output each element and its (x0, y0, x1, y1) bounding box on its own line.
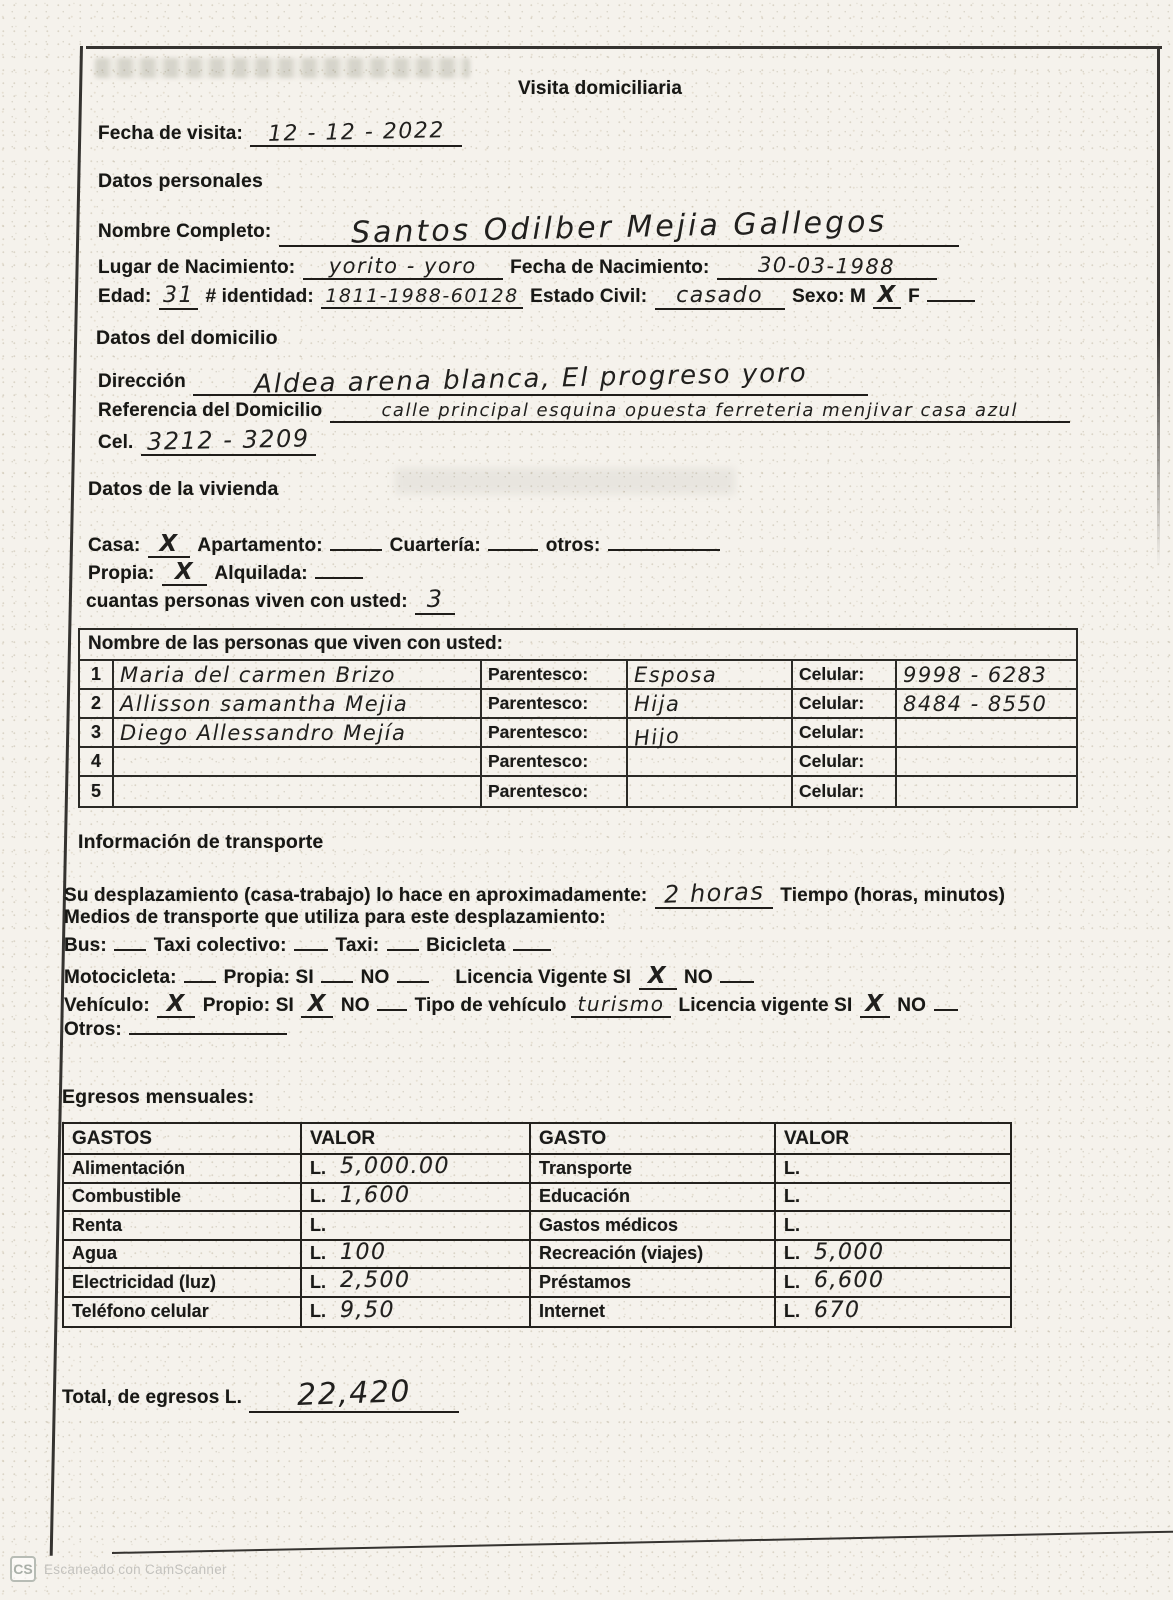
tipo-vehiculo-line: turismo (571, 992, 671, 1018)
parentesco-cell (628, 777, 793, 806)
nombre-completo-label: Nombre Completo: (98, 221, 271, 242)
medios-row: Medios de transporte que utiliza para es… (64, 907, 606, 929)
tipo-vehiculo-value: turismo (578, 992, 665, 1016)
conviviente-row-4: 4 Parentesco: Celular: (80, 748, 1076, 777)
valor-value: 100 (340, 1240, 387, 1265)
moto-si-line (321, 967, 353, 983)
egresos-row-electricidad: Electricidad (luz) L.2,500 Préstamos L.6… (64, 1269, 1010, 1298)
taxi-colectivo-line (294, 935, 328, 951)
conviviente-nombre: Allisson samantha Mejia (120, 692, 408, 716)
sexo-f-label: F (908, 286, 920, 307)
parentesco-cell (628, 748, 793, 775)
datos-personales-heading-row: Datos personales (98, 170, 263, 193)
gasto-label: Préstamos (531, 1269, 776, 1296)
valor-cell: L.5,000 (776, 1241, 1009, 1268)
parentesco-cell: Esposa (628, 661, 793, 688)
egresos-heading: Egresos mensuales: (62, 1086, 254, 1108)
gasto-label: Transporte (531, 1155, 776, 1182)
licencia-vigente-label: Licencia Vigente SI (455, 967, 631, 988)
otros-vivienda-line (608, 535, 720, 551)
parentesco-label: Parentesco: (482, 748, 628, 775)
total-egresos-value: 22,420 (297, 1374, 412, 1413)
parentesco-value: Hijo (633, 723, 681, 750)
otros-vivienda-label: otros: (546, 535, 601, 556)
sexo-label: Sexo: M (792, 286, 866, 307)
egresos-row-telefono: Teléfono celular L.9,50 Internet L.670 (64, 1298, 1010, 1327)
direccion-row: Dirección Aldea arena blanca, El progres… (98, 364, 871, 396)
lugar-nacimiento-value: yorito - yoro (329, 254, 477, 278)
camscanner-logo-icon: CS (10, 1556, 36, 1582)
ink-bleed-smudge (395, 468, 735, 494)
cuarteria-label: Cuartería: (390, 535, 481, 556)
bicicleta-label: Bicicleta (426, 935, 506, 956)
fecha-visita-row: Fecha de visita: 12 - 12 - 2022 (98, 120, 465, 147)
cel-label: Cel. (98, 432, 133, 453)
apartamento-label: Apartamento: (197, 535, 322, 556)
vehiculo-row: Vehículo: X Propio: SI X NO Tipo de vehí… (64, 991, 961, 1018)
convivientes-table: Nombre de las personas que viven con ust… (78, 628, 1078, 808)
total-egresos-label: Total, de egresos L. (62, 1387, 242, 1408)
referencia-row: Referencia del Domicilio calle principal… (98, 400, 1073, 423)
gasto-label: Combustible (64, 1184, 302, 1211)
gasto-label: Recreación (viajes) (531, 1241, 776, 1268)
valor-value: 670 (814, 1298, 861, 1323)
form-title: Visita domiciliaria (518, 78, 682, 100)
personas-line: 3 (415, 585, 455, 615)
bus-label: Bus: (64, 935, 107, 956)
conviviente-row-1: 1 Maria del carmen Brizo Parentesco: Esp… (80, 661, 1076, 690)
valor-cell: L.1,600 (302, 1184, 531, 1211)
vehiculo-no-line (377, 995, 407, 1011)
conviviente-nombre: Maria del carmen Brizo (120, 663, 396, 687)
domicilio-heading: Datos del domicilio (96, 327, 278, 349)
alquilada-label: Alquilada: (214, 563, 307, 584)
parentesco-cell: Hijo (628, 719, 793, 746)
referencia-label: Referencia del Domicilio (98, 400, 322, 421)
valor-cell: L.670 (776, 1298, 1009, 1327)
propia-line: X (162, 559, 207, 586)
currency-prefix: L. (784, 1186, 800, 1207)
celular-cell (897, 719, 1075, 746)
vehiculo-no-label: NO (341, 995, 370, 1016)
valor-value: 5,000 (814, 1240, 884, 1265)
otros-transporte-row: Otros: (64, 1019, 290, 1041)
parentesco-label: Parentesco: (482, 777, 628, 806)
desplazamiento-line: 2 horas (655, 879, 773, 909)
casa-label: Casa: (88, 535, 141, 556)
currency-prefix: L. (784, 1301, 800, 1322)
valor-cell: L.2,500 (302, 1269, 531, 1296)
sexo-m-mark: X (877, 282, 896, 308)
egresos-header-row: GASTOS VALOR GASTO VALOR (64, 1124, 1010, 1155)
referencia-line: calle principal esquina opuesta ferreter… (330, 400, 1070, 423)
vehiculo-line: X (157, 991, 195, 1018)
celular-cell: 9998 - 6283 (897, 661, 1075, 688)
personas-row: cuantas personas viven con usted: 3 (86, 585, 458, 615)
desplazamiento-label: Su desplazamiento (casa-trabajo) lo hace… (64, 885, 647, 906)
parentesco-label: Parentesco: (482, 690, 628, 717)
bus-line (114, 935, 146, 951)
personas-value: 3 (427, 585, 444, 613)
tipo-vehiculo-label: Tipo de vehículo (415, 995, 567, 1016)
otros-transporte-line (129, 1019, 287, 1035)
conviviente-nombre-cell: Allisson samantha Mejia (114, 690, 482, 717)
referencia-value: calle principal esquina opuesta ferreter… (382, 400, 1018, 421)
celular-cell: 8484 - 8550 (897, 690, 1075, 717)
vehiculo-licencia-label: Licencia vigente SI (678, 995, 852, 1016)
camscanner-watermark-text: Escaneado con CamScanner (44, 1562, 227, 1577)
desplazamiento-suffix: Tiempo (horas, minutos) (780, 885, 1005, 906)
egresos-table: GASTOS VALOR GASTO VALOR Alimentación L.… (62, 1122, 1012, 1328)
page-border-bottom (112, 1531, 1173, 1554)
conviviente-row-3: 3 Diego Allessandro Mejía Parentesco: Hi… (80, 719, 1076, 748)
moto-no-label: NO (361, 967, 390, 988)
currency-prefix: L. (784, 1158, 800, 1179)
fecha-nacimiento-value: 30-03-1988 (758, 253, 895, 279)
conviviente-nombre-cell (114, 777, 482, 806)
currency-prefix: L. (310, 1186, 326, 1207)
fecha-visita-value: 12 - 12 - 2022 (268, 118, 445, 147)
nombre-completo-row: Nombre Completo: Santos Odilber Mejia Ga… (98, 210, 962, 247)
sexo-m-line: X (873, 282, 900, 309)
celular-value: 8484 - 8550 (903, 692, 1047, 716)
valor-cell: L.100 (302, 1241, 531, 1268)
desplazamiento-row: Su desplazamiento (casa-trabajo) lo hace… (64, 879, 1005, 909)
taxi-line (387, 935, 419, 951)
celular-label: Celular: (793, 690, 897, 717)
celular-label: Celular: (793, 777, 897, 806)
valor-value: 5,000.00 (340, 1154, 450, 1179)
fecha-nacimiento-line: 30-03-1988 (717, 254, 937, 280)
gasto-label: Educación (531, 1184, 776, 1211)
identidad-line: 1811-1988-60128 (321, 285, 522, 309)
currency-prefix: L. (310, 1301, 326, 1322)
edad-label: Edad: (98, 286, 152, 307)
egresos-row-combustible: Combustible L.1,600 Educación L. (64, 1184, 1010, 1213)
direccion-value: Aldea arena blanca, El progreso yoro (254, 358, 808, 400)
vehiculo-licencia-line: X (860, 991, 890, 1018)
valor-cell: L. (302, 1212, 531, 1239)
domicilio-heading-row: Datos del domicilio (96, 327, 278, 350)
cel-row: Cel. 3212 - 3209 (98, 426, 319, 456)
conviviente-nombre-cell: Diego Allessandro Mejía (114, 719, 482, 746)
personas-label: cuantas personas viven con usted: (86, 591, 408, 612)
casa-mark: X (159, 531, 178, 557)
desplazamiento-value: 2 horas (663, 877, 764, 908)
nombre-completo-value: Santos Odilber Mejia Gallegos (350, 204, 887, 250)
gasto-label: Electricidad (luz) (64, 1269, 302, 1296)
egresos-row-agua: Agua L.100 Recreación (viajes) L.5,000 (64, 1241, 1010, 1270)
celular-cell (897, 748, 1075, 775)
gasto-label: Renta (64, 1212, 302, 1239)
egresos-heading-row: Egresos mensuales: (62, 1086, 254, 1109)
nacimiento-row: Lugar de Nacimiento: yorito - yoro Fecha… (98, 254, 940, 280)
motocicleta-row: Motocicleta: Propia: SI NO Licencia Vige… (64, 963, 757, 990)
vehiculo-label: Vehículo: (64, 995, 150, 1016)
motocicleta-line (184, 967, 216, 983)
valor-cell: L. (776, 1155, 1009, 1182)
identidad-value: 1811-1988-60128 (325, 285, 518, 307)
valor-value: 2,500 (340, 1268, 410, 1293)
ink-bleed-smudge (95, 58, 470, 78)
lugar-nacimiento-label: Lugar de Nacimiento: (98, 257, 295, 278)
estado-civil-label: Estado Civil: (530, 286, 647, 307)
celular-label: Celular: (793, 719, 897, 746)
egresos-header-gasto: GASTO (531, 1124, 776, 1153)
fecha-visita-label: Fecha de visita: (98, 123, 243, 144)
conviviente-nombre-cell: Maria del carmen Brizo (114, 661, 482, 688)
row-number: 2 (80, 690, 114, 717)
row-number: 5 (80, 777, 114, 806)
currency-prefix: L. (310, 1243, 326, 1264)
vehiculo-licencia-mark: X (865, 991, 884, 1017)
gasto-label: Teléfono celular (64, 1298, 302, 1327)
direccion-line: Aldea arena blanca, El progreso yoro (193, 364, 868, 396)
currency-prefix: L. (784, 1272, 800, 1293)
datos-personales-heading: Datos personales (98, 170, 263, 192)
egresos-header-gastos: GASTOS (64, 1124, 302, 1153)
row-number: 3 (80, 719, 114, 746)
taxi-colectivo-label: Taxi colectivo: (154, 935, 287, 956)
row-number: 1 (80, 661, 114, 688)
vehiculo-licencia-no-label: NO (897, 995, 926, 1016)
valor-value: 9,50 (340, 1298, 395, 1323)
parentesco-label: Parentesco: (482, 719, 628, 746)
celular-label: Celular: (793, 661, 897, 688)
egresos-header-valor2: VALOR (776, 1124, 1009, 1153)
conviviente-nombre-cell (114, 748, 482, 775)
fecha-nacimiento-label: Fecha de Nacimiento: (510, 257, 709, 278)
edad-identidad-row: Edad: 31 # identidad: 1811-1988-60128 Es… (98, 282, 978, 310)
propiedad-row: Propia: X Alquilada: (88, 559, 366, 586)
medios-opciones-row: Bus: Taxi colectivo: Taxi: Bicicleta (64, 935, 554, 957)
egresos-row-renta: Renta L. Gastos médicos L. (64, 1212, 1010, 1241)
valor-cell: L.5,000.00 (302, 1155, 531, 1182)
alquilada-line (315, 563, 363, 579)
vivienda-heading: Datos de la vivienda (88, 478, 279, 500)
taxi-label: Taxi: (335, 935, 379, 956)
licencia-vigente-line: X (639, 963, 677, 990)
casa-line: X (148, 531, 190, 558)
vehiculo-propio-si-line: X (301, 991, 333, 1018)
gasto-label: Agua (64, 1241, 302, 1268)
conviviente-nombre: Diego Allessandro Mejía (120, 721, 406, 745)
parentesco-cell: Hija (628, 690, 793, 717)
estado-civil-value: casado (676, 283, 763, 308)
vehiculo-propio-mark: X (308, 991, 327, 1017)
nombre-completo-line: Santos Odilber Mejia Gallegos (279, 210, 959, 247)
vehiculo-propio-label: Propio: SI (203, 995, 294, 1016)
currency-prefix: L. (310, 1272, 326, 1293)
licencia-vigente-mark: X (648, 963, 667, 989)
bicicleta-line (513, 935, 551, 951)
gasto-label: Internet (531, 1298, 776, 1327)
licencia-no-label: NO (684, 967, 713, 988)
fecha-visita-line: 12 - 12 - 2022 (250, 120, 462, 147)
vehiculo-licencia-no-line (934, 995, 958, 1011)
total-egresos-row: Total, de egresos L. 22,420 (62, 1376, 462, 1413)
vivienda-heading-row: Datos de la vivienda (88, 478, 279, 501)
page-border-right (1157, 47, 1160, 567)
camscanner-watermark: CS Escaneado con CamScanner (10, 1556, 227, 1582)
egresos-header-valor1: VALOR (302, 1124, 531, 1153)
motocicleta-label: Motocicleta: (64, 967, 177, 988)
cel-value: 3212 - 3209 (147, 424, 310, 455)
tipo-vivienda-row: Casa: X Apartamento: Cuartería: otros: (88, 531, 723, 558)
transporte-heading-row: Información de transporte (78, 831, 323, 854)
page-border-top (86, 46, 1162, 49)
celular-label: Celular: (793, 748, 897, 775)
licencia-no-line (720, 967, 754, 983)
celular-cell (897, 777, 1075, 806)
medios-label: Medios de transporte que utiliza para es… (64, 907, 606, 928)
edad-line: 31 (159, 283, 198, 310)
parentesco-value: Esposa (634, 663, 717, 687)
sexo-f-line (927, 286, 975, 302)
currency-prefix: L. (784, 1243, 800, 1264)
transporte-heading: Información de transporte (78, 831, 323, 853)
propia-mark: X (175, 559, 194, 585)
vehiculo-mark: X (167, 991, 186, 1017)
conviviente-row-5: 5 Parentesco: Celular: (80, 777, 1076, 806)
propia-label: Propia: (88, 563, 155, 584)
cel-line: 3212 - 3209 (141, 426, 316, 456)
moto-no-line (397, 967, 429, 983)
celular-value: 9998 - 6283 (903, 663, 1047, 687)
gasto-label: Gastos médicos (531, 1212, 776, 1239)
valor-value: 1,600 (340, 1183, 410, 1208)
valor-cell: L.9,50 (302, 1298, 531, 1327)
apartamento-line (330, 535, 382, 551)
currency-prefix: L. (784, 1215, 800, 1236)
currency-prefix: L. (310, 1158, 326, 1179)
conviviente-row-2: 2 Allisson samantha Mejia Parentesco: Hi… (80, 690, 1076, 719)
cuarteria-line (488, 535, 538, 551)
lugar-nacimiento-line: yorito - yoro (303, 254, 503, 280)
currency-prefix: L. (310, 1215, 326, 1236)
egresos-row-alimentacion: Alimentación L.5,000.00 Transporte L. (64, 1155, 1010, 1184)
parentesco-label: Parentesco: (482, 661, 628, 688)
edad-value: 31 (163, 283, 194, 308)
moto-propia-si-label: Propia: SI (224, 967, 314, 988)
valor-value: 6,600 (814, 1268, 884, 1293)
valor-cell: L. (776, 1212, 1009, 1239)
convivientes-table-title: Nombre de las personas que viven con ust… (80, 630, 1076, 661)
otros-transporte-label: Otros: (64, 1019, 122, 1040)
total-egresos-line: 22,420 (249, 1376, 459, 1413)
row-number: 4 (80, 748, 114, 775)
direccion-label: Dirección (98, 371, 186, 392)
parentesco-value: Hija (634, 692, 680, 716)
identidad-label: # identidad: (205, 286, 313, 307)
valor-cell: L.6,600 (776, 1269, 1009, 1296)
estado-civil-line: casado (655, 283, 785, 310)
scanned-page: Visita domiciliaria Fecha de visita: 12 … (0, 0, 1173, 1600)
valor-cell: L. (776, 1184, 1009, 1211)
gasto-label: Alimentación (64, 1155, 302, 1182)
